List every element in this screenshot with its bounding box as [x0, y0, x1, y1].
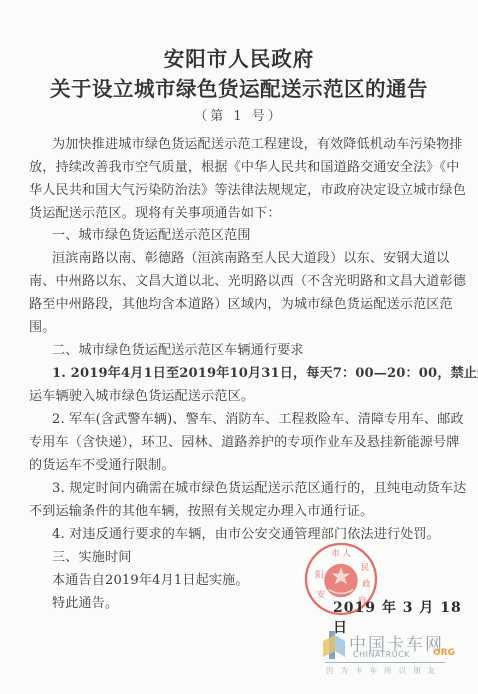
- body-line: 货运配送示范区。现将有关事项通告如下：: [29, 206, 281, 222]
- notice-title: 关于设立城市绿色货运配送示范区的通告: [0, 72, 478, 102]
- watermark-slogan: 因为卡车所以朋友: [326, 665, 442, 676]
- body-line: 洹滨南路以南、彰德路（洹滨南路至人民大道段）以东、安钢大道以: [52, 251, 449, 267]
- svg-text:市 人: 市 人: [331, 548, 351, 558]
- body-line: 围。: [29, 320, 56, 336]
- body-line: 的货运车不受通行限制。: [29, 458, 175, 474]
- body-line: 不到运输条件的其他车辆，按照有关规定办理入市通行证。: [29, 504, 373, 520]
- body-line: 放，持续改善我市空气质量，根据《中华人民共和国道路交通安全法》《中: [29, 160, 460, 176]
- svg-text:安: 安: [317, 589, 326, 599]
- svg-text:阳: 阳: [315, 569, 323, 579]
- body-line: 路至中州路段，其他均含本道路）区域内，为城市绿色货运配送示范区范: [29, 297, 453, 313]
- body-line: 4. 对违反通行要求的车辆，由市公安交通管理部门依法进行处罚。: [52, 527, 440, 543]
- watermark-name-en: CHINATRUCK: [353, 650, 410, 659]
- body-line: 本通告自2019年4月1日起实施。: [52, 573, 249, 589]
- issuer-title: 安阳市人民政府: [0, 42, 478, 72]
- watermark-divider: [325, 662, 445, 663]
- svg-text:民: 民: [361, 562, 369, 572]
- body-line: 专用车（含快递），环卫、园林、道路养护的专项作业车及悬挂新能源号牌: [29, 435, 460, 451]
- body-line: 3. 规定时间内确需在城市绿色货运配送示范区通行的，且纯电动货车达: [52, 481, 466, 497]
- body-line: 2. 军车(含武警车辆)、警车、消防车、工程救险车、清障专用车、邮政: [52, 412, 464, 428]
- watermark: 中国卡车网 CHINATRUCK ORG 因为卡车所以朋友: [323, 628, 473, 688]
- watermark-domain: ORG: [433, 648, 455, 658]
- body-line: 南、中州路以东、文昌大道以北、光明路以西（不含光明路和文昌大道彰德: [29, 274, 466, 290]
- body-line: 一、城市绿色货运配送示范区范围: [52, 228, 251, 244]
- body-line: 特此通告。: [52, 596, 118, 612]
- body-line: 三、实施时间: [52, 550, 131, 566]
- body-line: 华人民共和国大气污染防治法》等法律法规规定，市政府决定设立城市绿色: [29, 183, 466, 199]
- watermark-logo-icon: [323, 631, 345, 659]
- body-line: 为加快推进城市绿色货运配送示范工程建设，有效降低机动车污染物排: [52, 137, 463, 153]
- body-line: 1. 2019年4月1日至2019年10月31日，每天7：00—20：00，禁止…: [52, 366, 478, 382]
- svg-text:政: 政: [362, 579, 371, 589]
- body-line: 运车辆驶入城市绿色货运配送示范区。: [29, 389, 254, 405]
- body-line: 二、城市绿色货运配送示范区车辆通行要求: [52, 343, 304, 359]
- notice-number: （第 1 号）: [0, 105, 478, 124]
